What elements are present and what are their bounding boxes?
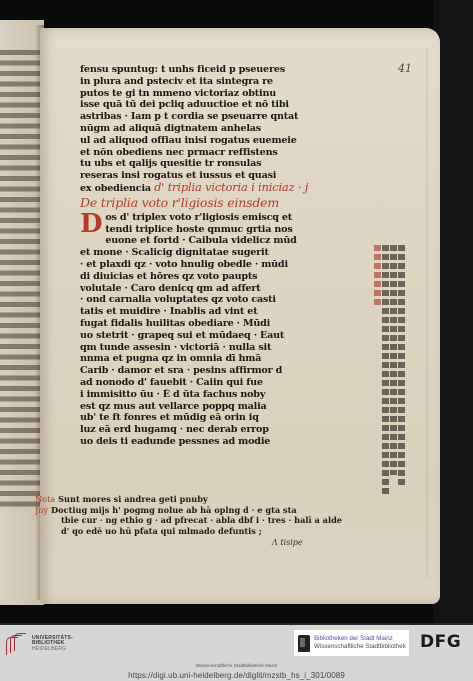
main-text-block: fensu spuntug: t unhs ficeid p pseueres …	[80, 64, 370, 448]
margin-annotation	[370, 245, 410, 495]
folio-number: 41	[398, 62, 412, 75]
text-line: ul ad aliquod offiau inisi rogatus eueme…	[80, 135, 370, 147]
margin-label: Jny	[35, 505, 48, 515]
permalink-url[interactable]: https://digi.ub.uni-heidelberg.de/diglit…	[0, 671, 473, 680]
text-line: · ond carnalia voluptates qz voto casti	[80, 294, 370, 306]
text-line: reseras insi rogatus et iussus et quasi	[80, 170, 370, 182]
text-line: Carib · damor et sra · pesins affirmor d	[80, 365, 370, 377]
footer-bar: UNIVERSITÄTS- BIBLIOTHEK HEIDELBERG Bibl…	[0, 623, 473, 681]
margin-annotation-line	[390, 245, 397, 475]
text-fragment: ex obediencia	[80, 183, 151, 194]
mainz-library-wordmark: Bibliotheken der Stadt Mainz Wissenschaf…	[314, 635, 406, 651]
verso-text-fragment	[0, 50, 40, 510]
text-line: tatis et muidire · Inablis ad vint et	[80, 306, 370, 318]
text-line: di diuicias et hōres qz voto paupts	[80, 271, 370, 283]
margin-annotation-line	[382, 245, 389, 495]
text-fragment: Sunt mores si andrea geti pnuby	[58, 494, 208, 504]
text-line: uo stetrit · grapeq sui et mūdaeq · Eaut	[80, 330, 370, 342]
text-line: fugat fidalis huilitas obediare · Mūdi	[80, 318, 370, 330]
text-line: putos te gi tn mmeno victoriaz obtinu	[80, 88, 370, 100]
text-line: fensu spuntug: t unhs ficeid p pseueres	[80, 64, 370, 76]
text-line: d' qo edē uo hū pfata qui mlmado defunti…	[35, 526, 415, 537]
text-line: tendi triplice hoste qnmuc grtia nos	[105, 224, 370, 236]
text-line: euone et fortd · Caibula videlicz mūd	[105, 235, 370, 247]
text-line-with-rubric: ex obediencia d' triplia victoria i inic…	[80, 182, 370, 194]
rubric-heading: De triplia voto r'ligiosis einsdem	[80, 194, 370, 212]
catchword: Λ tisipe	[272, 538, 303, 547]
text-line: uo deis ti eadunde pessnes ad modie	[80, 436, 370, 448]
text-fragment: Doctiug mijs h' pogmg nolue ab hā oplng …	[51, 505, 297, 515]
text-line: nnma et pugna qz in omnia dī hmā	[80, 353, 370, 365]
manuscript-scan: 41 fensu spuntug: t unhs ficeid p pseuer…	[0, 0, 473, 623]
text-line: isse quā tū dei pcliq aduuctioe et nō ti…	[80, 99, 370, 111]
text-line: tu ubs et qalijs quesitie tr ronsulas	[80, 158, 370, 170]
text-line: volutale · Caro denicq qm ad affert	[80, 283, 370, 295]
margin-label: Nota	[35, 494, 55, 504]
ub-heidelberg-wordmark: UNIVERSITÄTS- BIBLIOTHEK HEIDELBERG	[32, 636, 73, 653]
mainz-logo-line-2: Wissenschaftliche Stadtbibliothek	[314, 643, 406, 651]
dfg-logo[interactable]: DFG	[420, 632, 461, 652]
text-line: i immisitto ūu · Ē d ūta fachus noby	[80, 389, 370, 401]
text-line: tbie cur · ng ethio g · ad pfrecat · abl…	[35, 515, 415, 526]
text-line: Jny Doctiug mijs h' pogmg nolue ab hā op…	[35, 505, 415, 516]
text-line: Nota Sunt mores si andrea geti pnuby	[35, 494, 415, 505]
text-line: ad nonodo d' fauebit · Caiin qui fue	[80, 377, 370, 389]
institution-caption: Wissenschaftliche Stadtbibliothek Mainz	[0, 663, 473, 668]
text-line: astribas · Iam p t cordia se pseuarre qn…	[80, 111, 370, 123]
margin-annotation-line	[398, 245, 405, 485]
text-line: et nōn obediens nec prmacr reffistens	[80, 147, 370, 159]
text-line: et mone · Scalicig dignitatae sugerit	[80, 247, 370, 259]
text-line: est qz mus aut vellarce poppq malia	[80, 401, 370, 413]
book-icon	[298, 635, 310, 652]
inline-rubric: d' triplia victoria i iniciaz · j	[154, 182, 308, 194]
text-line: in plura and psteciv et ita sintegra re	[80, 76, 370, 88]
mainz-library-logo[interactable]: Bibliotheken der Stadt Mainz Wissenschaf…	[294, 630, 409, 656]
mainz-logo-line-1: Bibliotheken der Stadt Mainz	[314, 635, 406, 643]
ub-heidelberg-logo[interactable]: UNIVERSITÄTS- BIBLIOTHEK HEIDELBERG	[6, 630, 126, 658]
ub-heidelberg-mark-icon	[6, 633, 26, 655]
text-line: · et plaxdi qz · voto hnulig obedle · mū…	[80, 259, 370, 271]
margin-annotation-rubric	[374, 245, 381, 305]
bottom-annotation-block: Nota Sunt mores si andrea geti pnuby Jny…	[35, 494, 415, 536]
text-line: os d' triplex voto r'ligiosis emiscq et	[105, 212, 370, 224]
text-line: qm tunde assesin · victoriā · nulla sit	[80, 342, 370, 354]
body-paragraph: D os d' triplex voto r'ligiosis emiscq e…	[80, 212, 370, 448]
decorated-initial: D	[80, 212, 102, 236]
ub-logo-line-3: HEIDELBERG	[32, 647, 73, 653]
text-line: nūgm ad aliquā digtnatem anhelas	[80, 123, 370, 135]
text-line: luz eā erd hugamq · nec derab errop	[80, 424, 370, 436]
text-line: ub' te ft fonres et mūdig eā orin iq	[80, 412, 370, 424]
